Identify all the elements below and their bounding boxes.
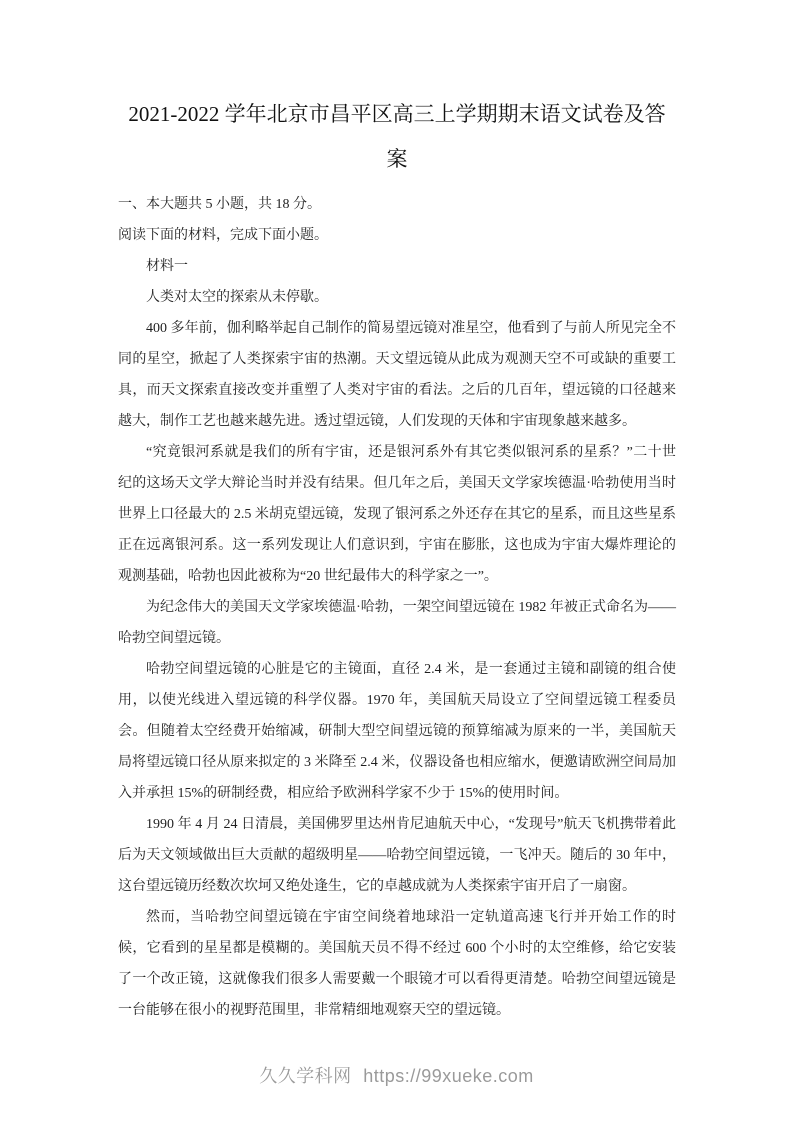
material-paragraph-7: 然而，当哈勃空间望远镜在宇宙空间绕着地球沿一定轨道高速飞行并开始工作的时候，它看… [118,902,676,1026]
material-paragraph-5: 哈勃空间望远镜的心脏是它的主镜面，直径 2.4 米，是一套通过主镜和副镜的组合使… [118,654,676,809]
material-paragraph-6: 1990 年 4 月 24 日清晨，美国佛罗里达州肯尼迪航天中心，“发现号”航天… [118,809,676,902]
site-name: 久久学科网 [259,1066,352,1086]
document-title-line-2: 案 [387,147,408,171]
material-paragraph-1: 人类对太空的探索从未停歇。 [118,282,676,313]
document-content: 2021-2022 学年北京市昌平区高三上学期期末语文试卷及答 案 一、本大题共… [118,92,676,1026]
material-paragraph-2: 400 多年前，伽利略举起自己制作的简易望远镜对准星空，他看到了与前人所见完全不… [118,313,676,437]
section-heading: 一、本大题共 5 小题，共 18 分。 [118,189,676,220]
document-title-line-1: 2021-2022 学年北京市昌平区高三上学期期末语文试卷及答 [128,102,665,126]
site-url-link[interactable]: https://99xueke.com [363,1066,534,1086]
document-title: 2021-2022 学年北京市昌平区高三上学期期末语文试卷及答 案 [118,92,676,182]
material-label: 材料一 [118,251,676,282]
site-footer: 久久学科网 https://99xueke.com [0,1064,793,1088]
material-paragraph-3: “究竟银河系就是我们的所有宇宙，还是银河系外有其它类似银河系的星系？”二十世纪的… [118,437,676,592]
reading-instruction: 阅读下面的材料，完成下面小题。 [118,220,676,251]
exam-document-page: 2021-2022 学年北京市昌平区高三上学期期末语文试卷及答 案 一、本大题共… [0,0,793,1122]
material-paragraph-4: 为纪念伟大的美国天文学家埃德温·哈勃，一架空间望远镜在 1982 年被正式命名为… [118,592,676,654]
